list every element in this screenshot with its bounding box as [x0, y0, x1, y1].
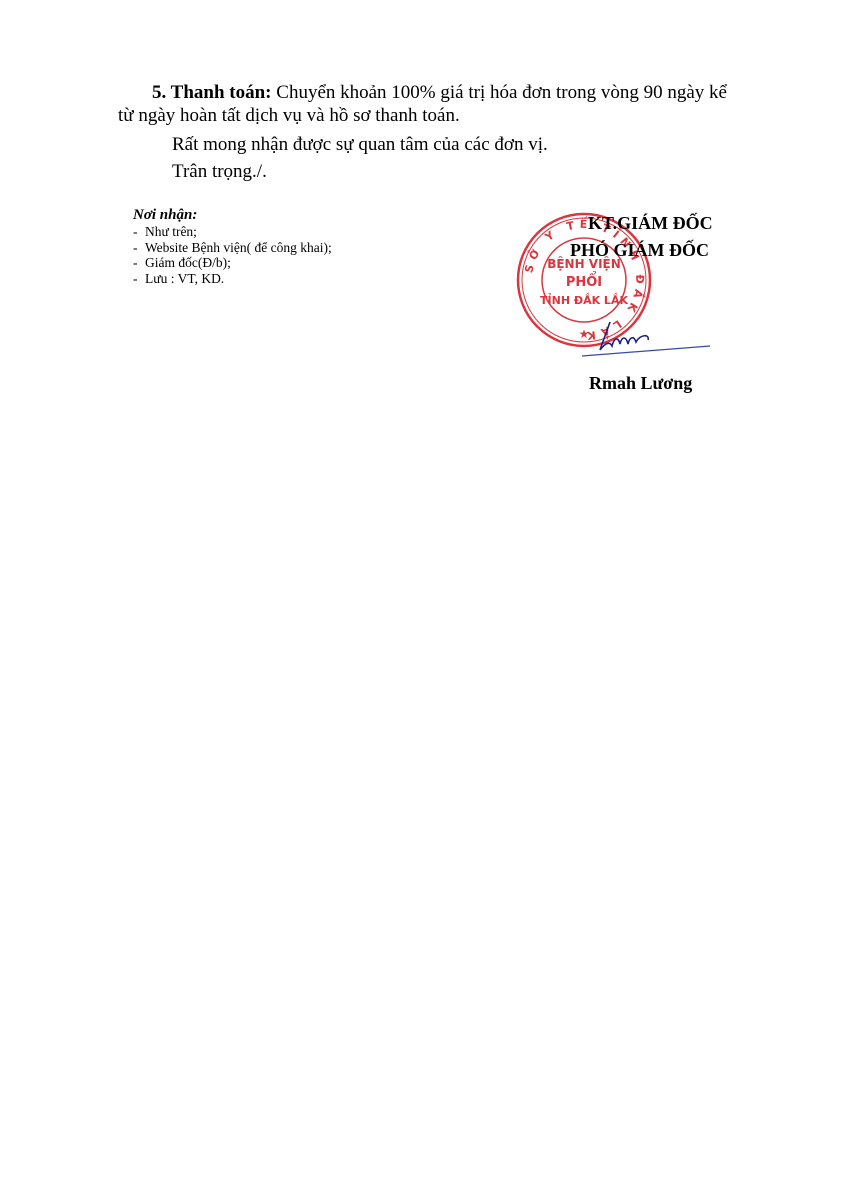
- signer-name: Rmah Lương: [589, 373, 692, 394]
- recipients-block: Nơi nhận: -Như trên; -Website Bệnh viện(…: [133, 207, 332, 286]
- recipients-title: Nơi nhận:: [133, 207, 332, 224]
- recipient-item: -Như trên;: [133, 224, 332, 240]
- handwritten-signature-icon: [570, 320, 720, 365]
- payment-text-continued: từ ngày hoàn tất dịch vụ và hồ sơ thanh …: [118, 105, 460, 127]
- recipient-item: -Giám đốc(Đ/b);: [133, 255, 332, 271]
- signature-title-line1: KT.GIÁM ĐỐC: [588, 213, 713, 233]
- regards: Trân trọng./.: [172, 160, 267, 184]
- closing-sentence: Rất mong nhận được sự quan tâm của các đ…: [172, 133, 548, 157]
- svg-text:PHỔI: PHỔI: [566, 272, 602, 290]
- payment-label: 5. Thanh toán:: [152, 82, 272, 103]
- payment-text: Chuyển khoản 100% giá trị hóa đơn trong …: [272, 82, 727, 103]
- svg-text:TỈNH ĐẮK LẮK: TỈNH ĐẮK LẮK: [540, 292, 628, 307]
- payment-clause: 5. Thanh toán: Chuyển khoản 100% giá trị…: [152, 81, 772, 105]
- signature-title-line2: PHÓ GIÁM ĐỐC: [570, 240, 709, 260]
- recipient-item: -Lưu : VT, KD.: [133, 271, 332, 287]
- recipient-item: -Website Bệnh viện( để công khai);: [133, 240, 332, 256]
